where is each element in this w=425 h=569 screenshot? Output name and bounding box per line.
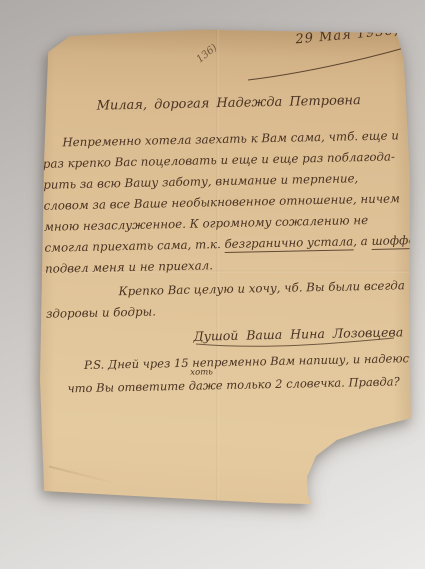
postscript-line: P.S. Дней чрез 15 непременно Вам напишу,… — [84, 351, 415, 372]
handwritten-text-layer: 29 Мая 1936, 136) Милая, дорогая Надежда… — [35, 18, 417, 512]
letter-body-line: смогла приехать сама, т.к. безгранично у… — [44, 233, 422, 255]
letter-body-line: мною незаслуженное. К огромному сожалени… — [44, 213, 368, 234]
paper-sheet: 29 Мая 1936, 136) Милая, дорогая Надежда… — [40, 22, 412, 508]
letter-closing-line: Крепко Вас целую и хочу, чб. Вы были все… — [118, 278, 405, 298]
letter-body-line: подвел меня и не приехал. — [45, 258, 213, 276]
underlined-phrase: безгранично устала — [224, 234, 353, 253]
letter-body-line: рить за всю Вашу заботу, внимание и терп… — [43, 171, 358, 192]
photo-background: 29 Мая 1936, 136) Милая, дорогая Надежда… — [0, 0, 425, 569]
letter-body-line: Непременно хотела заехать к Вам сама, чт… — [62, 128, 399, 149]
letter-body-line: словом за все Ваше необыкновенное отноше… — [44, 191, 400, 212]
underlined-phrase: шоффер — [371, 233, 423, 250]
postscript-inserted-word: хоть — [190, 367, 213, 377]
letter-paper: 29 Мая 1936, 136) Милая, дорогая Надежда… — [40, 22, 412, 508]
letter-signature: Душой Ваша Нина Лозовцева — [193, 324, 403, 343]
letter-body-line: раз крепко Вас поцеловать и еще и еще ра… — [43, 149, 395, 170]
postscript-line: что Вы ответите даже только 2 словечка. … — [67, 374, 399, 395]
body-text-segment: смогла приехать сама, т.к. — [44, 237, 224, 255]
letter-closing-line: здоровы и бодры. — [46, 304, 156, 320]
letter-salutation: Милая, дорогая Надежда Петровна — [96, 93, 360, 114]
body-text-segment: , а — [353, 234, 372, 248]
letter-date: 29 Мая 1936, — [189, 23, 399, 57]
